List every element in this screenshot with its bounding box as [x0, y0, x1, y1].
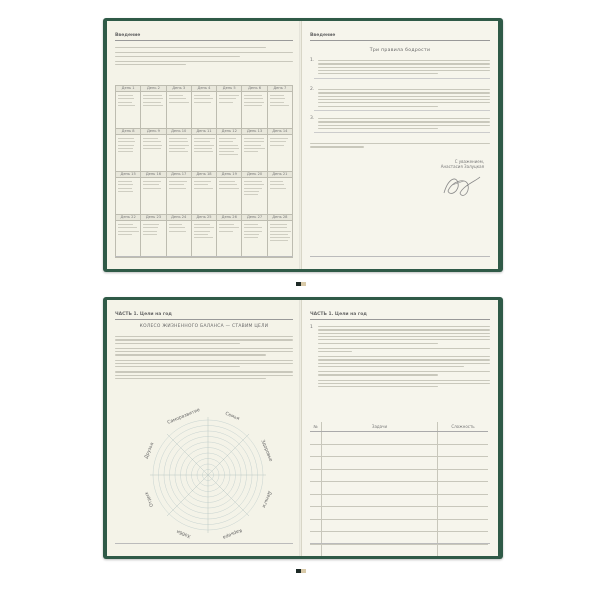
page-header: Введение: [115, 33, 293, 41]
life-balance-wheel[interactable]: СемьяЗдоровьеДеньгиКарьераХоббиОтдыхДруз…: [133, 400, 283, 550]
day-cell[interactable]: [267, 178, 292, 215]
bookmark-ribbon[interactable]: [296, 271, 308, 275]
rule-text: [318, 116, 490, 131]
rule-text: [318, 58, 490, 77]
intro-text: [115, 45, 293, 69]
day-cell[interactable]: [267, 135, 292, 172]
goal-cell[interactable]: [322, 482, 438, 495]
section-title: КОЛЕСО ЖИЗНЕННОГО БАЛАНСА — СТАВИМ ЦЕЛИ: [107, 324, 301, 329]
day-cell[interactable]: [191, 178, 216, 215]
goal-cell[interactable]: [310, 507, 322, 520]
habit-tracker-table: День 1День 2День 3День 4День 5День 6День…: [115, 85, 293, 258]
goal-cell[interactable]: [322, 494, 438, 507]
goal-row[interactable]: [310, 519, 488, 532]
day-cell[interactable]: [116, 178, 141, 215]
goal-cell[interactable]: [310, 469, 322, 482]
goal-cell[interactable]: [438, 444, 489, 457]
footer-rule: [115, 543, 293, 544]
day-cell[interactable]: [116, 221, 141, 258]
day-cell[interactable]: [141, 221, 166, 258]
goals-instructions: [318, 324, 490, 391]
wheel-segment-label: Друзья: [143, 441, 155, 459]
closing-text: [310, 141, 490, 150]
day-cell[interactable]: [217, 221, 242, 258]
rule-number: 3.: [310, 116, 314, 121]
goal-cell[interactable]: [438, 469, 489, 482]
wheel-segment-label: Здоровье: [260, 439, 274, 463]
day-cell[interactable]: [217, 178, 242, 215]
footer-rule: [310, 256, 490, 257]
goal-row[interactable]: [310, 444, 488, 457]
page-header: ЧАСТЬ 1. Цели на год: [310, 312, 490, 320]
rule-divider: [314, 132, 490, 133]
day-cell[interactable]: [242, 135, 267, 172]
goal-row[interactable]: [310, 457, 488, 470]
footer-rule: [310, 543, 490, 544]
goal-row[interactable]: [310, 432, 488, 445]
goal-cell[interactable]: [438, 544, 489, 556]
item-number: 1: [310, 325, 313, 330]
day-cell[interactable]: [166, 135, 191, 172]
day-cell[interactable]: [217, 135, 242, 172]
column-header: Задачи: [322, 422, 438, 432]
rule-divider: [314, 110, 490, 111]
goal-cell[interactable]: [322, 444, 438, 457]
signature-name: Анастасия Залуцкая: [438, 164, 484, 169]
wheel-segment-label: Семья: [224, 411, 240, 422]
column-header: Сложность: [438, 422, 489, 432]
goal-cell[interactable]: [322, 457, 438, 470]
wheel-segment-label: Деньги: [261, 490, 273, 509]
footer-rule: [115, 256, 293, 257]
day-cell[interactable]: [166, 221, 191, 258]
day-cell[interactable]: [242, 92, 267, 129]
planner-spread-goals: ЧАСТЬ 1. Цели на год КОЛЕСО ЖИЗНЕННОГО Б…: [103, 297, 503, 559]
goal-cell[interactable]: [438, 494, 489, 507]
goal-row[interactable]: [310, 482, 488, 495]
day-cell[interactable]: [141, 135, 166, 172]
rule-number: 1.: [310, 58, 314, 63]
section-title: Три правила бодрости: [302, 48, 498, 53]
day-cell[interactable]: [191, 92, 216, 129]
goal-cell[interactable]: [310, 444, 322, 457]
goals-table: №ЗадачиСложность: [310, 422, 488, 556]
goal-row[interactable]: [310, 494, 488, 507]
goal-cell[interactable]: [310, 482, 322, 495]
rule-number: 2.: [310, 87, 314, 92]
goal-cell[interactable]: [322, 519, 438, 532]
day-cell[interactable]: [191, 135, 216, 172]
goal-cell[interactable]: [438, 507, 489, 520]
column-header: №: [310, 422, 322, 432]
rule-text: [318, 87, 490, 109]
goal-cell[interactable]: [438, 482, 489, 495]
page-intro-left: Введение День 1День 2День 3День 4День 5Д…: [107, 21, 302, 269]
day-cell[interactable]: [116, 135, 141, 172]
goal-cell[interactable]: [322, 507, 438, 520]
page-goals-right: ЧАСТЬ 1. Цели на год 1 №ЗадачиСложность: [302, 300, 498, 556]
goal-cell[interactable]: [310, 494, 322, 507]
page-header: ЧАСТЬ 1. Цели на год: [115, 312, 293, 320]
goal-row[interactable]: [310, 507, 488, 520]
goal-cell[interactable]: [310, 432, 322, 445]
planner-spread-intro: Введение День 1День 2День 3День 4День 5Д…: [103, 18, 503, 272]
day-cell[interactable]: [217, 92, 242, 129]
goal-cell[interactable]: [438, 432, 489, 445]
day-cell[interactable]: [242, 178, 267, 215]
day-cell[interactable]: [141, 92, 166, 129]
goal-cell[interactable]: [322, 544, 438, 556]
wheel-segment-label: Саморазвитие: [167, 407, 201, 426]
bookmark-ribbon[interactable]: [296, 558, 308, 562]
goal-cell[interactable]: [310, 519, 322, 532]
goal-cell[interactable]: [438, 457, 489, 470]
page-intro-right: Введение Три правила бодрости 1.2.3. С у…: [302, 21, 498, 269]
day-cell[interactable]: [166, 92, 191, 129]
goal-cell[interactable]: [310, 457, 322, 470]
goal-cell[interactable]: [310, 544, 322, 556]
goal-cell[interactable]: [438, 519, 489, 532]
wheel-instructions: [115, 334, 293, 383]
day-cell[interactable]: [267, 221, 292, 258]
goal-cell[interactable]: [322, 432, 438, 445]
rule-divider: [314, 78, 490, 79]
page-wheel-left: ЧАСТЬ 1. Цели на год КОЛЕСО ЖИЗНЕННОГО Б…: [107, 300, 302, 556]
day-cell[interactable]: [242, 221, 267, 258]
wheel-segment-label: Карьера: [222, 527, 243, 540]
goal-row[interactable]: [310, 469, 488, 482]
day-cell[interactable]: [166, 178, 191, 215]
goal-row[interactable]: [310, 544, 488, 556]
day-cell[interactable]: [116, 92, 141, 129]
signature-icon: [438, 171, 484, 201]
day-cell[interactable]: [141, 178, 166, 215]
wheel-segment-label: Отдых: [143, 491, 155, 508]
day-cell[interactable]: [191, 221, 216, 258]
goal-cell[interactable]: [322, 469, 438, 482]
signature-block: С уважением, Анастасия Залуцкая: [438, 159, 484, 202]
page-header: Введение: [310, 33, 490, 41]
day-cell[interactable]: [267, 92, 292, 129]
wheel-segment-label: Хобби: [176, 528, 192, 539]
